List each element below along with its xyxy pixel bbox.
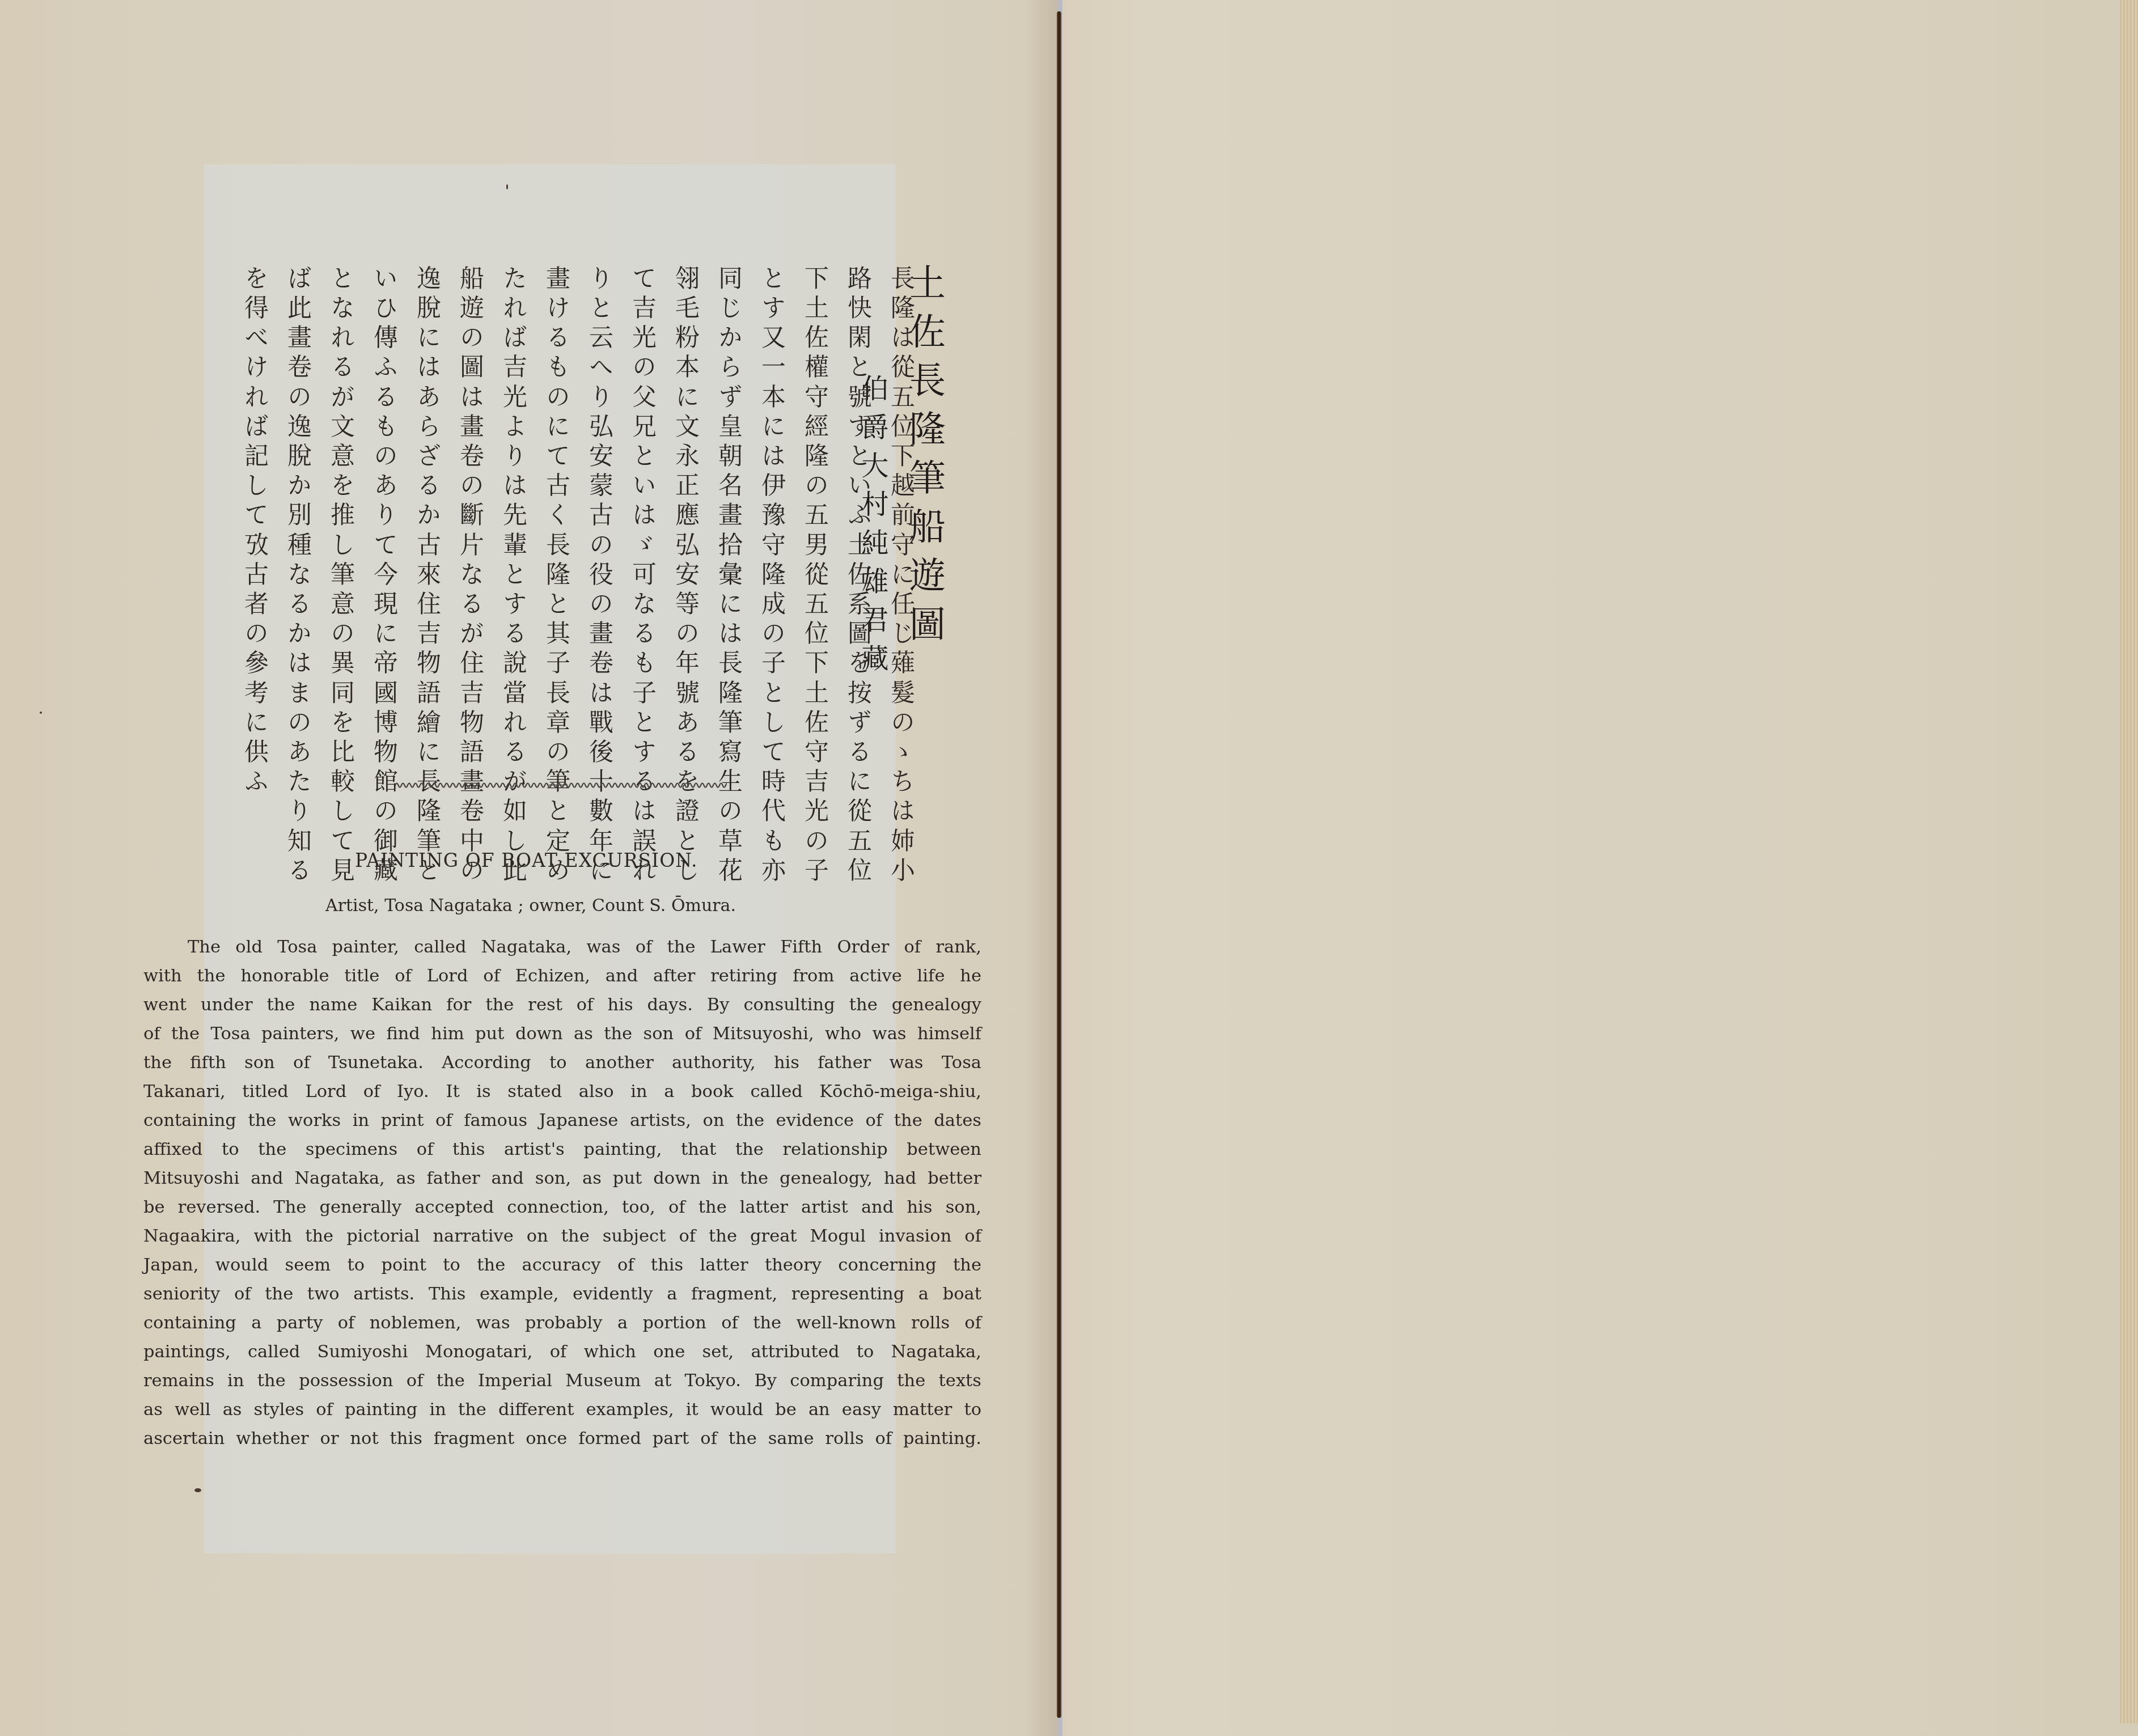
japanese-body: 長隆は從五位下越前守に任じ薙髮のゝちは姉小路快閑と號すといふ土佐系圖を按ずるに從… [164, 265, 913, 730]
japanese-text-column: を得べければ記して攷古者の參考に供ふ [242, 265, 266, 798]
ink-speck [40, 712, 42, 714]
japanese-text-column: 逸脫にはあらざるか古來住吉物語繪に長隆筆と [414, 265, 439, 887]
japanese-text-column: て吉光の父兄といはゞ可なるも子とするは誤れ [630, 265, 654, 887]
english-text-line: as well as styles of painting in the dif… [143, 1395, 981, 1424]
english-text-line: Nagaakira, with the pictorial narrative … [143, 1222, 981, 1251]
ink-speck [194, 1488, 201, 1492]
japanese-text-column: 船遊の圖は畫卷の斷片なるが住吉物語畫卷中の [458, 265, 482, 887]
english-text-line: remains in the possession of the Imperia… [143, 1366, 981, 1395]
english-text-line: the fifth son of Tsunetaka. According to… [143, 1048, 981, 1077]
japanese-text-column: 下土佐權守經隆の五男從五位下土佐守吉光の子 [802, 265, 827, 887]
book-spread: 土佐長隆筆船遊圖 伯爵大村純雄君藏 長隆は從五位下越前守に任じ薙髮のゝちは姉小路… [0, 0, 2138, 1736]
japanese-text-column: となれるが文意を推し筆意の異同を比較して見 [328, 265, 353, 887]
english-text-line: went under the name Kaikan for the rest … [143, 990, 981, 1019]
english-text-line: seniority of the two artists. This examp… [143, 1280, 981, 1309]
english-text-line: be reversed. The generally accepted conn… [143, 1193, 981, 1222]
english-title: PAINTING OF BOAT EXCURSION. [355, 849, 697, 871]
japanese-text-column: とす又一本には伊豫守隆成の子として時代も亦 [759, 265, 784, 887]
english-text-line: Japan, would seem to point to the accura… [143, 1251, 981, 1280]
english-text-line: The old Tosa painter, called Nagataka, w… [143, 933, 981, 962]
japanese-text-column: たれば吉光よりは先輩とする說當れるが如し此 [501, 265, 525, 887]
english-text-line: containing a party of noblemen, was prob… [143, 1309, 981, 1337]
english-text-line: Mitsuyoshi and Nagataka, as father and s… [143, 1164, 981, 1193]
japanese-text-column: いひ傳ふるものありて今現に帝國博物館の御藏 [371, 265, 396, 887]
english-text-line: Takanari, titled Lord of Iyo. It is stat… [143, 1077, 981, 1106]
english-text-line: containing the works in print of famous … [143, 1106, 981, 1135]
english-text-line: with the honorable title of Lord of Echi… [143, 962, 981, 990]
japanese-text-column: ば此畫卷の逸脫か別種なるかはまのあたり知る [285, 265, 310, 887]
japanese-text-column: りと云へり弘安蒙古の役の畫卷は戰後十數年に [587, 265, 611, 887]
japanese-text-column: 翎毛粉本に文永正應弘安等の年號あるを證とし [673, 265, 697, 887]
book-spine [1057, 11, 1061, 1718]
english-text-line: of the Tosa painters, we find him put do… [143, 1019, 981, 1048]
japanese-text-column: 畫けるものにて古く長隆と其子長章の筆と定め [544, 265, 568, 887]
english-text-line: affixed to the specimens of this artist'… [143, 1135, 981, 1164]
english-text-line: ascertain whether or not this fragment o… [143, 1424, 981, 1453]
ink-speck [506, 184, 508, 189]
japanese-text-column: 長隆は從五位下越前守に任じ薙髮のゝちは姉小 [888, 265, 913, 887]
japanese-text-column: 路快閑と號すといふ土佐系圖を按ずるに從五位 [845, 265, 870, 887]
page-edges [2120, 0, 2138, 1724]
english-subtitle: Artist, Tosa Nagataka ; owner, Count S. … [325, 896, 736, 916]
english-body: The old Tosa painter, called Nagataka, w… [143, 933, 981, 1453]
japanese-text-column: 同じからず皇朝名畫拾彙には長隆筆寫生の草花 [716, 265, 740, 887]
english-text-line: paintings, called Sumiyoshi Monogatari, … [143, 1337, 981, 1366]
wavy-divider [395, 780, 727, 791]
right-page [1062, 0, 2138, 1736]
left-page: 土佐長隆筆船遊圖 伯爵大村純雄君藏 長隆は從五位下越前守に任じ薙髮のゝちは姉小路… [0, 0, 1058, 1736]
